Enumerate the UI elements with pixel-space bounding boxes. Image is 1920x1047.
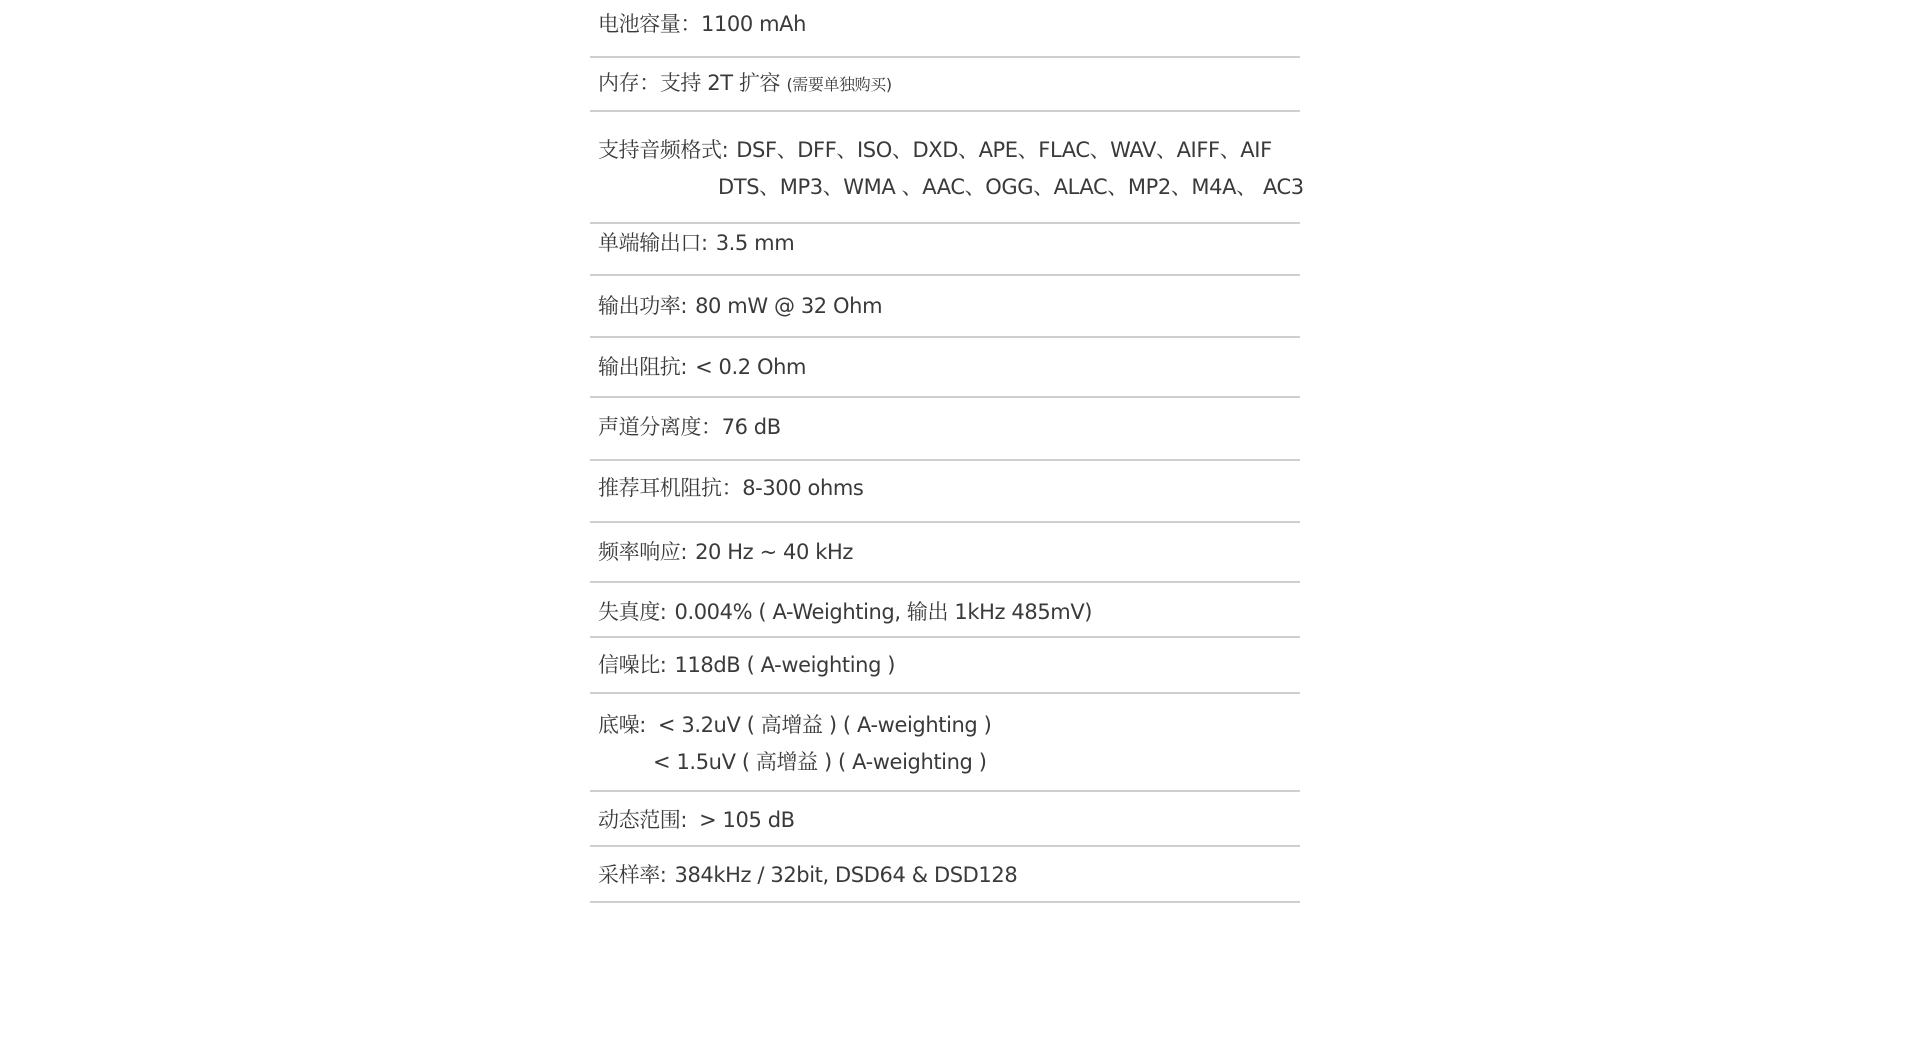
spec-value: 8-300 ohms xyxy=(742,476,863,500)
spec-value: 20 Hz ~ 40 kHz xyxy=(695,540,853,564)
spec-value: 384kHz / 32bit, DSD64 & DSD128 xyxy=(674,863,1017,887)
spec-value: < 0.2 Ohm xyxy=(695,355,806,379)
spec-row-frequency-response: 频率响应:20 Hz ~ 40 kHz xyxy=(590,523,1300,583)
spec-value-line2: DTS、MP3、WMA 、AAC、OGG、ALAC、MP2、M4A、 AC3 xyxy=(718,175,1304,199)
spec-label: 电池容量： xyxy=(598,12,701,36)
spec-value: 1100 mAh xyxy=(701,12,806,36)
spec-row-noise-floor: 底噪:< 3.2uV ( 高增益 ) ( A-weighting ) < 1.5… xyxy=(590,694,1300,792)
spec-label: 失真度: xyxy=(598,600,666,624)
spec-label: 输出功率: xyxy=(598,294,687,318)
spec-value: 3.5 mm xyxy=(716,231,795,255)
spec-note: (需要单独购买) xyxy=(786,75,891,94)
spec-value: 118dB ( A-weighting ) xyxy=(674,653,895,677)
spec-value: > 105 dB xyxy=(699,808,795,832)
spec-row-single-ended-output: 单端输出口:3.5 mm xyxy=(590,224,1300,276)
spec-label: 输出阻抗: xyxy=(598,355,687,379)
spec-label: 采样率: xyxy=(598,863,666,887)
spec-label: 推荐耳机阻抗： xyxy=(598,476,742,500)
spec-label: 声道分离度： xyxy=(598,415,722,439)
spec-value-line1: < 3.2uV ( 高增益 ) ( A-weighting ) xyxy=(658,713,992,737)
spec-row-storage: 内存：支持 2T 扩容 (需要单独购买) xyxy=(590,58,1300,112)
spec-row-dynamic-range: 动态范围:> 105 dB xyxy=(590,792,1300,847)
spec-row-battery: 电池容量：1100 mAh xyxy=(590,0,1300,58)
spec-row-output-power: 输出功率:80 mW @ 32 Ohm xyxy=(590,276,1300,338)
spec-value: 0.004% ( A-Weighting, 输出 1kHz 485mV) xyxy=(674,600,1092,624)
spec-row-audio-formats: 支持音频格式:DSF、DFF、ISO、DXD、APE、FLAC、WAV、AIFF… xyxy=(590,112,1300,224)
spec-label: 动态范围: xyxy=(598,808,687,832)
spec-label: 信噪比: xyxy=(598,653,666,677)
spec-label: 内存： xyxy=(598,71,660,95)
spec-label: 频率响应: xyxy=(598,540,687,564)
spec-row-output-impedance: 输出阻抗:< 0.2 Ohm xyxy=(590,338,1300,398)
spec-value: 支持 2T 扩容 xyxy=(660,71,780,95)
spec-label: 底噪: xyxy=(598,713,646,737)
spec-value: 76 dB xyxy=(722,415,781,439)
spec-row-recommended-impedance: 推荐耳机阻抗：8-300 ohms xyxy=(590,461,1300,523)
spec-row-sample-rate: 采样率:384kHz / 32bit, DSD64 & DSD128 xyxy=(590,847,1300,903)
spec-row-thd: 失真度:0.004% ( A-Weighting, 输出 1kHz 485mV) xyxy=(590,583,1300,638)
spec-value-line1: DSF、DFF、ISO、DXD、APE、FLAC、WAV、AIFF、AIF xyxy=(736,138,1271,162)
spec-label: 单端输出口: xyxy=(598,231,708,255)
spec-row-channel-separation: 声道分离度：76 dB xyxy=(590,398,1300,461)
spec-value: 80 mW @ 32 Ohm xyxy=(695,294,882,318)
spec-label: 支持音频格式: xyxy=(598,138,728,162)
spec-value-line2: < 1.5uV ( 高增益 ) ( A-weighting ) xyxy=(653,750,987,774)
spec-row-snr: 信噪比:118dB ( A-weighting ) xyxy=(590,638,1300,694)
